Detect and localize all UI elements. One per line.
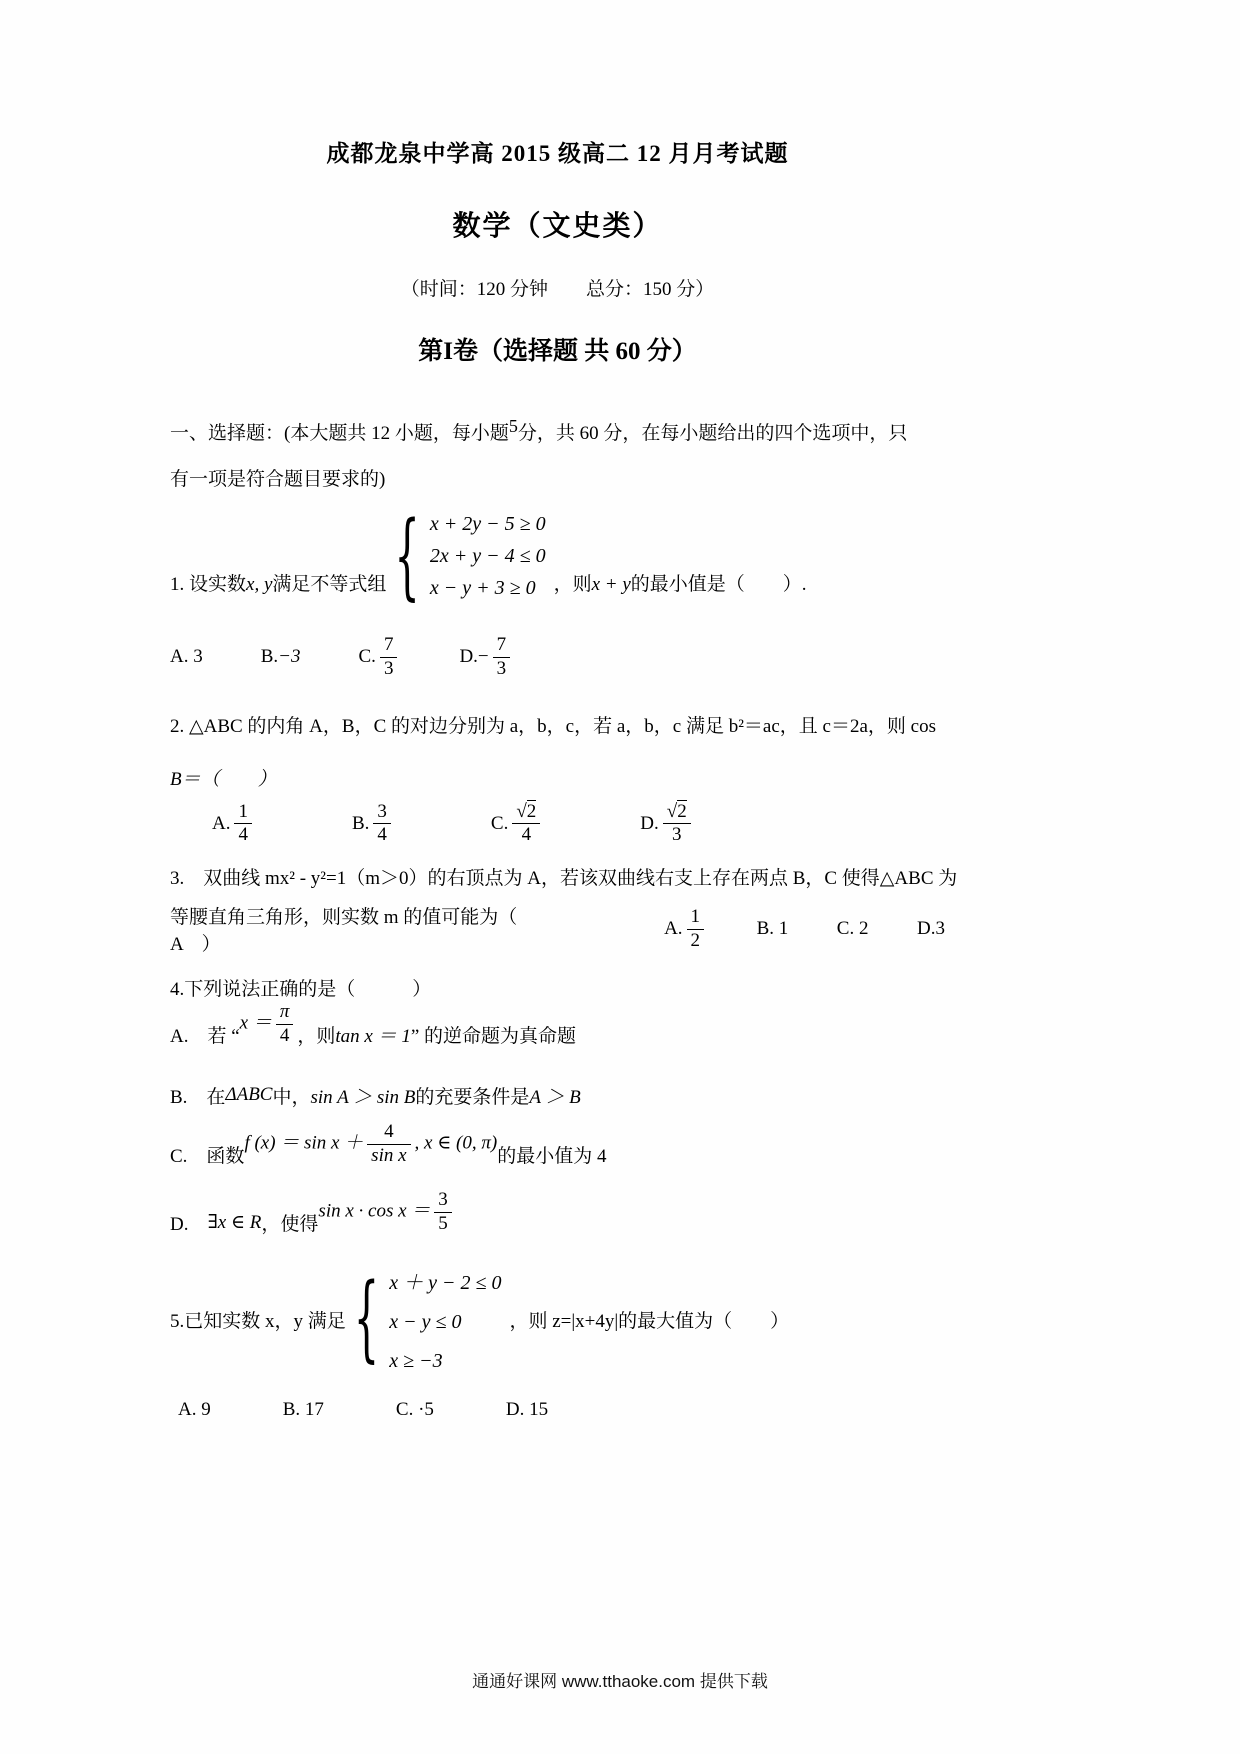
q1-system-line1: x + 2y − 5 ≥ 0 [430, 513, 546, 536]
q1-option-d-fraction: 73 [493, 634, 511, 681]
fraction-denominator: 4 [276, 1025, 294, 1048]
q1-text-then: ，则 [554, 569, 592, 596]
q5-option-b: B. 17 [283, 1399, 324, 1421]
square-root-symbol: 2 [516, 800, 536, 822]
fraction-numerator: 1 [687, 906, 705, 930]
q1-option-b-value: −3 [278, 646, 300, 668]
fraction-numerator: 7 [380, 634, 398, 658]
q5-option-c: C. ·5 [396, 1399, 434, 1421]
q2-option-c-label: C. [491, 813, 508, 835]
instructions-points-per-item: 5 [509, 416, 518, 436]
q4d-exists: ∃x ∈ R [207, 1211, 261, 1234]
question-2-line2: B＝（ ） [170, 764, 945, 791]
q1-option-d-label: D. [459, 646, 477, 668]
left-brace-symbol: { [354, 1272, 379, 1366]
section-1-title: 第I卷（选择题 共 60 分） [170, 331, 945, 367]
fraction-denominator: 5 [434, 1213, 452, 1236]
q4-statement-b: B. 在 ΔABC 中， sin A ＞ sin B 的充要条件是 A ＞ B [170, 1082, 945, 1109]
q1-variables: x, y [246, 574, 272, 596]
q1-text-pre: 1. 设实数 [170, 569, 246, 596]
question-1-options: A. 3 B. −3 C. 73 D. −73 [170, 634, 945, 681]
q4c-domain: , x ∈ (0, π) [415, 1132, 498, 1153]
q4c-function-formula: f (x) ＝ sin x ＋4sin x, x ∈ (0, π) [244, 1121, 497, 1168]
instructions-line2: 有一项是符合题目要求的) [170, 457, 945, 503]
q5-text-then: ，则 z=|x+4y|的最大值为（ ） [509, 1306, 789, 1333]
q4c-text-tail: 的最小值为 4 [497, 1141, 606, 1168]
question-2-options: A.14 B.34 C.24 D.23 [170, 801, 945, 848]
fraction-denominator: 3 [380, 658, 398, 681]
q1-system-line3: x − y + 3 ≥ 0 [430, 577, 546, 600]
exam-subject: 数学（文史类） [170, 204, 945, 244]
sqrt-numerator: 2 [512, 801, 540, 825]
fraction-numerator: 1 [234, 801, 252, 825]
q4d-text-mid: ，使得 [261, 1209, 318, 1236]
q4c-4-over-sinx: 4sin x [367, 1121, 410, 1168]
question-5: 5.已知实数 x，y 满足 { x ＋ y − 2 ≤ 0 x − y ≤ 0 … [170, 1266, 945, 1373]
q1-system-line2: 2x + y − 4 ≤ 0 [430, 545, 546, 568]
q1-text-tail: 的最小值是（ ）. [631, 569, 807, 596]
q2-option-b-label: B. [352, 813, 369, 835]
question-3-line2: 等腰直角三角形，则实数 m 的值可能为（ A ） A. 12 B. 1 C. 2… [170, 902, 945, 956]
q1-system-lines: x + 2y − 5 ≥ 0 2x + y − 4 ≤ 0 x − y + 3 … [430, 513, 546, 600]
q5-inequality-system: { x ＋ y − 2 ≤ 0 x − y ≤ 0 x ≥ −3 [354, 1266, 502, 1373]
fraction-numerator: 3 [373, 801, 391, 825]
q2-option-d: D.23 [640, 801, 694, 848]
q3-text: 等腰直角三角形，则实数 m 的值可能为（ A ） [170, 902, 575, 956]
question-1: 1. 设实数 x, y 满足不等式组 { x + 2y − 5 ≥ 0 2x +… [170, 513, 945, 596]
q1-option-b: B. −3 [261, 646, 301, 668]
q3-option-c: C. 2 [837, 918, 869, 940]
q5-system-lines: x ＋ y − 2 ≤ 0 x − y ≤ 0 x ≥ −3 [389, 1266, 501, 1373]
fraction-denominator: 4 [373, 824, 391, 847]
instructions-part2: 分，共 60 分，在每小题给出的四个选项中，只 [518, 423, 908, 444]
q5-text-pre: 5.已知实数 x，y 满足 [170, 1306, 346, 1333]
q1-inequality-system: { x + 2y − 5 ≥ 0 2x + y − 4 ≤ 0 x − y + … [394, 513, 545, 600]
fraction-numerator: 4 [367, 1121, 410, 1145]
q4c-fx: f (x) ＝ sin x ＋ [244, 1132, 363, 1153]
q4d-formula: sin x · cos x ＝35 [318, 1189, 455, 1236]
instructions-line1: 一、选择题：(本大题共 12 小题，每小题5分，共 60 分，在每小题给出的四个… [170, 403, 945, 457]
q2-option-c-fraction: 24 [512, 801, 540, 848]
question-3-line1: 3. 双曲线 mx² - y²=1（m＞0）的右顶点为 A，若该双曲线右支上存在… [170, 863, 945, 890]
q4a-x-equals: x ＝ [240, 1013, 272, 1034]
q4a-formula: x ＝π4 [240, 1001, 298, 1048]
question-5-options: A. 9 B. 17 C. ·5 D. 15 [170, 1399, 945, 1421]
q1-option-c: C. 73 [359, 634, 402, 681]
fraction-denominator: 4 [512, 824, 540, 847]
q5-system-line1: x ＋ y − 2 ≤ 0 [389, 1266, 501, 1295]
fraction-numerator: 7 [493, 634, 511, 658]
exam-time-score-meta: （时间：120 分钟 总分：150 分） [170, 274, 945, 301]
q4b-sin-inequality: sin A ＞ sin B [311, 1082, 416, 1109]
q4b-triangle: ΔABC [225, 1084, 272, 1106]
q2-option-c: C.24 [491, 801, 544, 848]
fraction-denominator: sin x [367, 1145, 410, 1168]
q3-option-a-label: A. [664, 918, 682, 940]
instructions-part1: 一、选择题：(本大题共 12 小题，每小题 [170, 423, 509, 444]
q4a-text-pre: A. 若 “ [170, 1021, 240, 1048]
exam-title: 成都龙泉中学高 2015 级高二 12 月月考试题 [170, 135, 945, 168]
q2-option-a-fraction: 14 [234, 801, 252, 848]
q4d-label: D. [170, 1209, 207, 1236]
q1-text-mid: 满足不等式组 [272, 569, 386, 596]
q1-option-c-fraction: 73 [380, 634, 398, 681]
q1-option-d: D. −73 [459, 634, 514, 681]
square-root-symbol: 2 [667, 800, 687, 822]
fraction-denominator: 3 [493, 658, 511, 681]
q3-option-a-fraction: 12 [687, 906, 705, 953]
instructions: 一、选择题：(本大题共 12 小题，每小题5分，共 60 分，在每小题给出的四个… [170, 403, 945, 503]
q3-option-b: B. 1 [757, 918, 789, 940]
fraction-numerator: π [276, 1001, 294, 1025]
q3-option-a: A. 12 [664, 906, 708, 953]
q4a-text-tail: ” 的逆命题为真命题 [411, 1021, 576, 1048]
q1-option-c-label: C. [359, 646, 376, 668]
q4-statement-c: C. 函数 f (x) ＝ sin x ＋4sin x, x ∈ (0, π) … [170, 1131, 945, 1178]
left-brace-symbol: { [394, 510, 419, 604]
q4b-text-pre: B. 在 [170, 1082, 225, 1109]
q4-statement-a: A. 若 “ x ＝π4 ，则 tan x ＝ 1 ” 的逆命题为真命题 [170, 1011, 945, 1058]
q5-system-line2: x − y ≤ 0 [389, 1311, 501, 1334]
q5-option-a: A. 9 [178, 1399, 211, 1421]
q1-option-d-sign: − [478, 646, 489, 668]
q2-option-b-fraction: 34 [373, 801, 391, 848]
q4c-text-pre: C. 函数 [170, 1141, 244, 1168]
q2-option-d-fraction: 23 [663, 801, 691, 848]
radicand: 2 [527, 800, 537, 822]
q4b-text-mid2: 的充要条件是 [415, 1082, 529, 1109]
q4-statement-d: D. ∃x ∈ R ，使得 sin x · cos x ＝35 [170, 1199, 945, 1246]
q2-option-a: A.14 [212, 801, 256, 848]
download-source-footer: 通通好课网 www.tthaoke.com 提供下载 [0, 1667, 1240, 1692]
q4a-pi-over-4: π4 [276, 1001, 294, 1048]
fraction-numerator: 3 [434, 1189, 452, 1213]
q1-objective-expression: x + y [592, 574, 631, 596]
q4b-text-mid: 中， [272, 1082, 310, 1109]
question-4-stem: 4.下列说法正确的是（ ） [170, 974, 945, 1001]
fraction-denominator: 2 [687, 930, 705, 953]
q2-option-d-label: D. [640, 813, 658, 835]
q4a-tan-formula: tan x ＝ 1 [335, 1021, 410, 1048]
q1-option-b-label: B. [261, 646, 278, 668]
q5-option-d: D. 15 [506, 1399, 548, 1421]
fraction-denominator: 3 [663, 824, 691, 847]
q4d-3-over-5: 35 [434, 1189, 452, 1236]
q4d-sincos: sin x · cos x ＝ [318, 1201, 430, 1222]
q2-option-a-label: A. [212, 813, 230, 835]
radicand: 2 [677, 800, 687, 822]
q2-option-b: B.34 [352, 801, 395, 848]
sqrt-numerator: 2 [663, 801, 691, 825]
q5-system-line3: x ≥ −3 [389, 1350, 501, 1373]
q4a-text-mid: ，则 [297, 1021, 335, 1048]
q4b-angle-inequality: A ＞ B [529, 1082, 580, 1109]
fraction-denominator: 4 [234, 824, 252, 847]
exam-document-page: 成都龙泉中学高 2015 级高二 12 月月考试题 数学（文史类） （时间：12… [0, 0, 1240, 1754]
q3-option-d: D.3 [917, 918, 945, 940]
q1-option-a: A. 3 [170, 646, 203, 668]
question-2-line1: 2. △ABC 的内角 A，B，C 的对边分别为 a，b，c，若 a，b，c 满… [170, 711, 945, 738]
